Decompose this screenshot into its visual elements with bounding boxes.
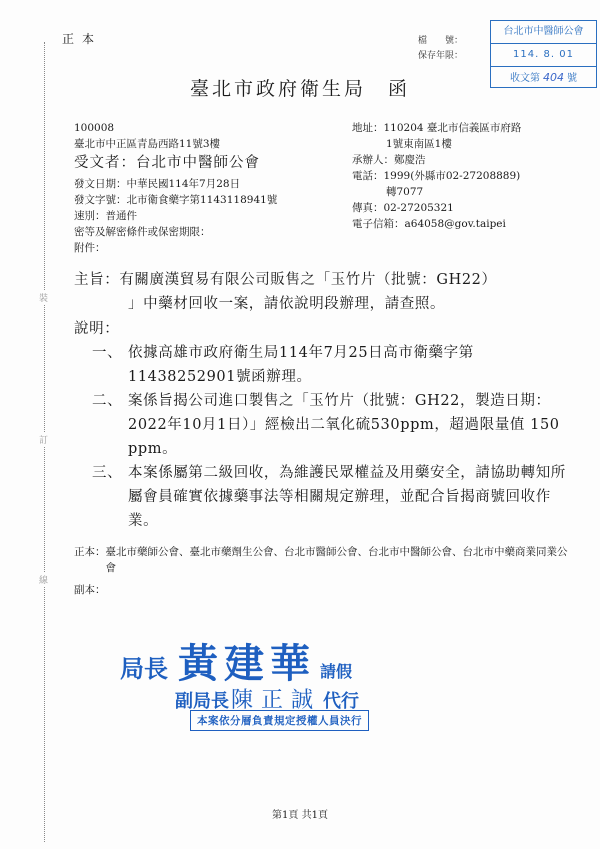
stamp-organization: 台北市中醫師公會 — [491, 21, 596, 44]
email: 電子信箱：a64058@gov.taipei — [352, 216, 592, 232]
copy-label: 副本： — [74, 582, 106, 598]
explanation-item: 三、 本案係屬第二級回收，為維護民眾權益及用藥安全，請協助轉知所屬會員確實依據藥… — [74, 461, 574, 533]
item-number: 二、 — [92, 389, 128, 461]
confidentiality: 密等及解密條件或保密期限： — [74, 224, 277, 240]
recipient: 受文者：台北市中醫師公會 — [74, 152, 277, 174]
director-name: 黃建華 — [178, 640, 316, 687]
page-info: 第1頁 共1頁 — [0, 806, 600, 821]
issue-number: 發文字號：北市衛食藥字第1143118941號 — [74, 192, 277, 208]
item-number: 三、 — [92, 461, 128, 533]
explanation-item: 一、 依據高雄市政府衛生局114年7月25日高市衛藥字第11438252901號… — [74, 341, 574, 389]
binding-mark-zhuang: 裝 — [39, 290, 48, 305]
original-value: 臺北市藥師公會、臺北市藥劑生公會、台北市醫師公會、台北市中醫師公會、台北市中藥商… — [106, 544, 575, 576]
attachments: 附件： — [74, 240, 277, 256]
file-meta: 檔 號： 保存年限： — [418, 34, 463, 64]
agency-name: 臺北市政府衛生局 — [190, 78, 366, 100]
original-label: 正本： — [74, 544, 106, 576]
director-signature: 局長黃建華請假 — [120, 632, 352, 689]
item-text: 案係旨揭公司進口製售之「玉竹片（批號：GH22，製造日期：2022年10月1日）… — [128, 389, 574, 461]
phone-line2: 轉7077 — [352, 184, 592, 200]
copy-value — [106, 582, 575, 598]
letter-type: 函 — [388, 78, 410, 100]
subject: 主旨： 有關廣漢貿易有限公司販售之「玉竹片（批號：GH22） — [74, 268, 574, 292]
item-text: 依據高雄市政府衛生局114年7月25日高市衛藥字第11438252901號函辦理… — [128, 341, 574, 389]
item-number: 一、 — [92, 341, 128, 389]
sender-block: 地址：110204 臺北市信義區市府路 1號東南區1樓 承辦人：鄭慶浩 電話：1… — [352, 120, 592, 232]
document-title: 臺北市政府衛生局函 — [0, 74, 600, 101]
document-body: 主旨： 有關廣漢貿易有限公司販售之「玉竹片（批號：GH22） 」中藥材回收一案，… — [74, 268, 574, 533]
director-title: 局長 — [120, 655, 168, 683]
stamp-date: 114. 8. 01 — [491, 44, 596, 67]
delivery-speed: 速別：普通件 — [74, 208, 277, 224]
original-recipients: 正本： 臺北市藥師公會、臺北市藥劑生公會、台北市醫師公會、台北市中醫師公會、台北… — [74, 544, 574, 576]
file-number-label: 檔 號： — [418, 34, 463, 49]
retention-label: 保存年限： — [418, 49, 463, 64]
subject-label: 主旨： — [74, 268, 119, 292]
subject-line1: 有關廣漢貿易有限公司販售之「玉竹片（批號：GH22） — [119, 268, 496, 292]
binding-mark-ding: 訂 — [39, 432, 48, 447]
postal-code: 100008 — [74, 120, 277, 136]
phone-line1: 電話：1999(外縣市02-27208889) — [352, 168, 592, 184]
item-text: 本案係屬第二級回收，為維護民眾權益及用藥安全，請協助轉知所屬會員確實依據藥事法等… — [128, 461, 574, 533]
fax: 傳真：02-27205321 — [352, 200, 592, 216]
recipient-address: 臺北市中正區青島西路11號3樓 — [74, 136, 277, 152]
authorization-stamp: 本案依分層負責規定授權人員決行 — [190, 710, 369, 731]
distribution-block: 正本： 臺北市藥師公會、臺北市藥劑生公會、台北市醫師公會、台北市中醫師公會、台北… — [74, 544, 574, 598]
sender-address-line1: 地址：110204 臺北市信義區市府路 — [352, 120, 592, 136]
deputy-status: 代行 — [323, 691, 359, 712]
subject-line2: 」中藥材回收一案，請依說明段辦理，請查照。 — [74, 292, 574, 316]
explanation-label: 說明： — [74, 317, 574, 341]
copy-type-label: 正本 — [62, 30, 102, 47]
issue-date: 發文日期：中華民國114年7月28日 — [74, 176, 277, 192]
sender-address-line2: 1號東南區1樓 — [352, 136, 592, 152]
handler: 承辦人：鄭慶浩 — [352, 152, 592, 168]
binding-mark-xian: 線 — [39, 572, 48, 587]
deputy-title: 副局長 — [175, 691, 229, 712]
director-status: 請假 — [320, 662, 352, 681]
recipient-block: 100008 臺北市中正區青島西路11號3樓 受文者：台北市中醫師公會 發文日期… — [74, 120, 277, 256]
explanation-item: 二、 案係旨揭公司進口製售之「玉竹片（批號：GH22，製造日期：2022年10月… — [74, 389, 574, 461]
copy-recipients: 副本： — [74, 582, 574, 598]
